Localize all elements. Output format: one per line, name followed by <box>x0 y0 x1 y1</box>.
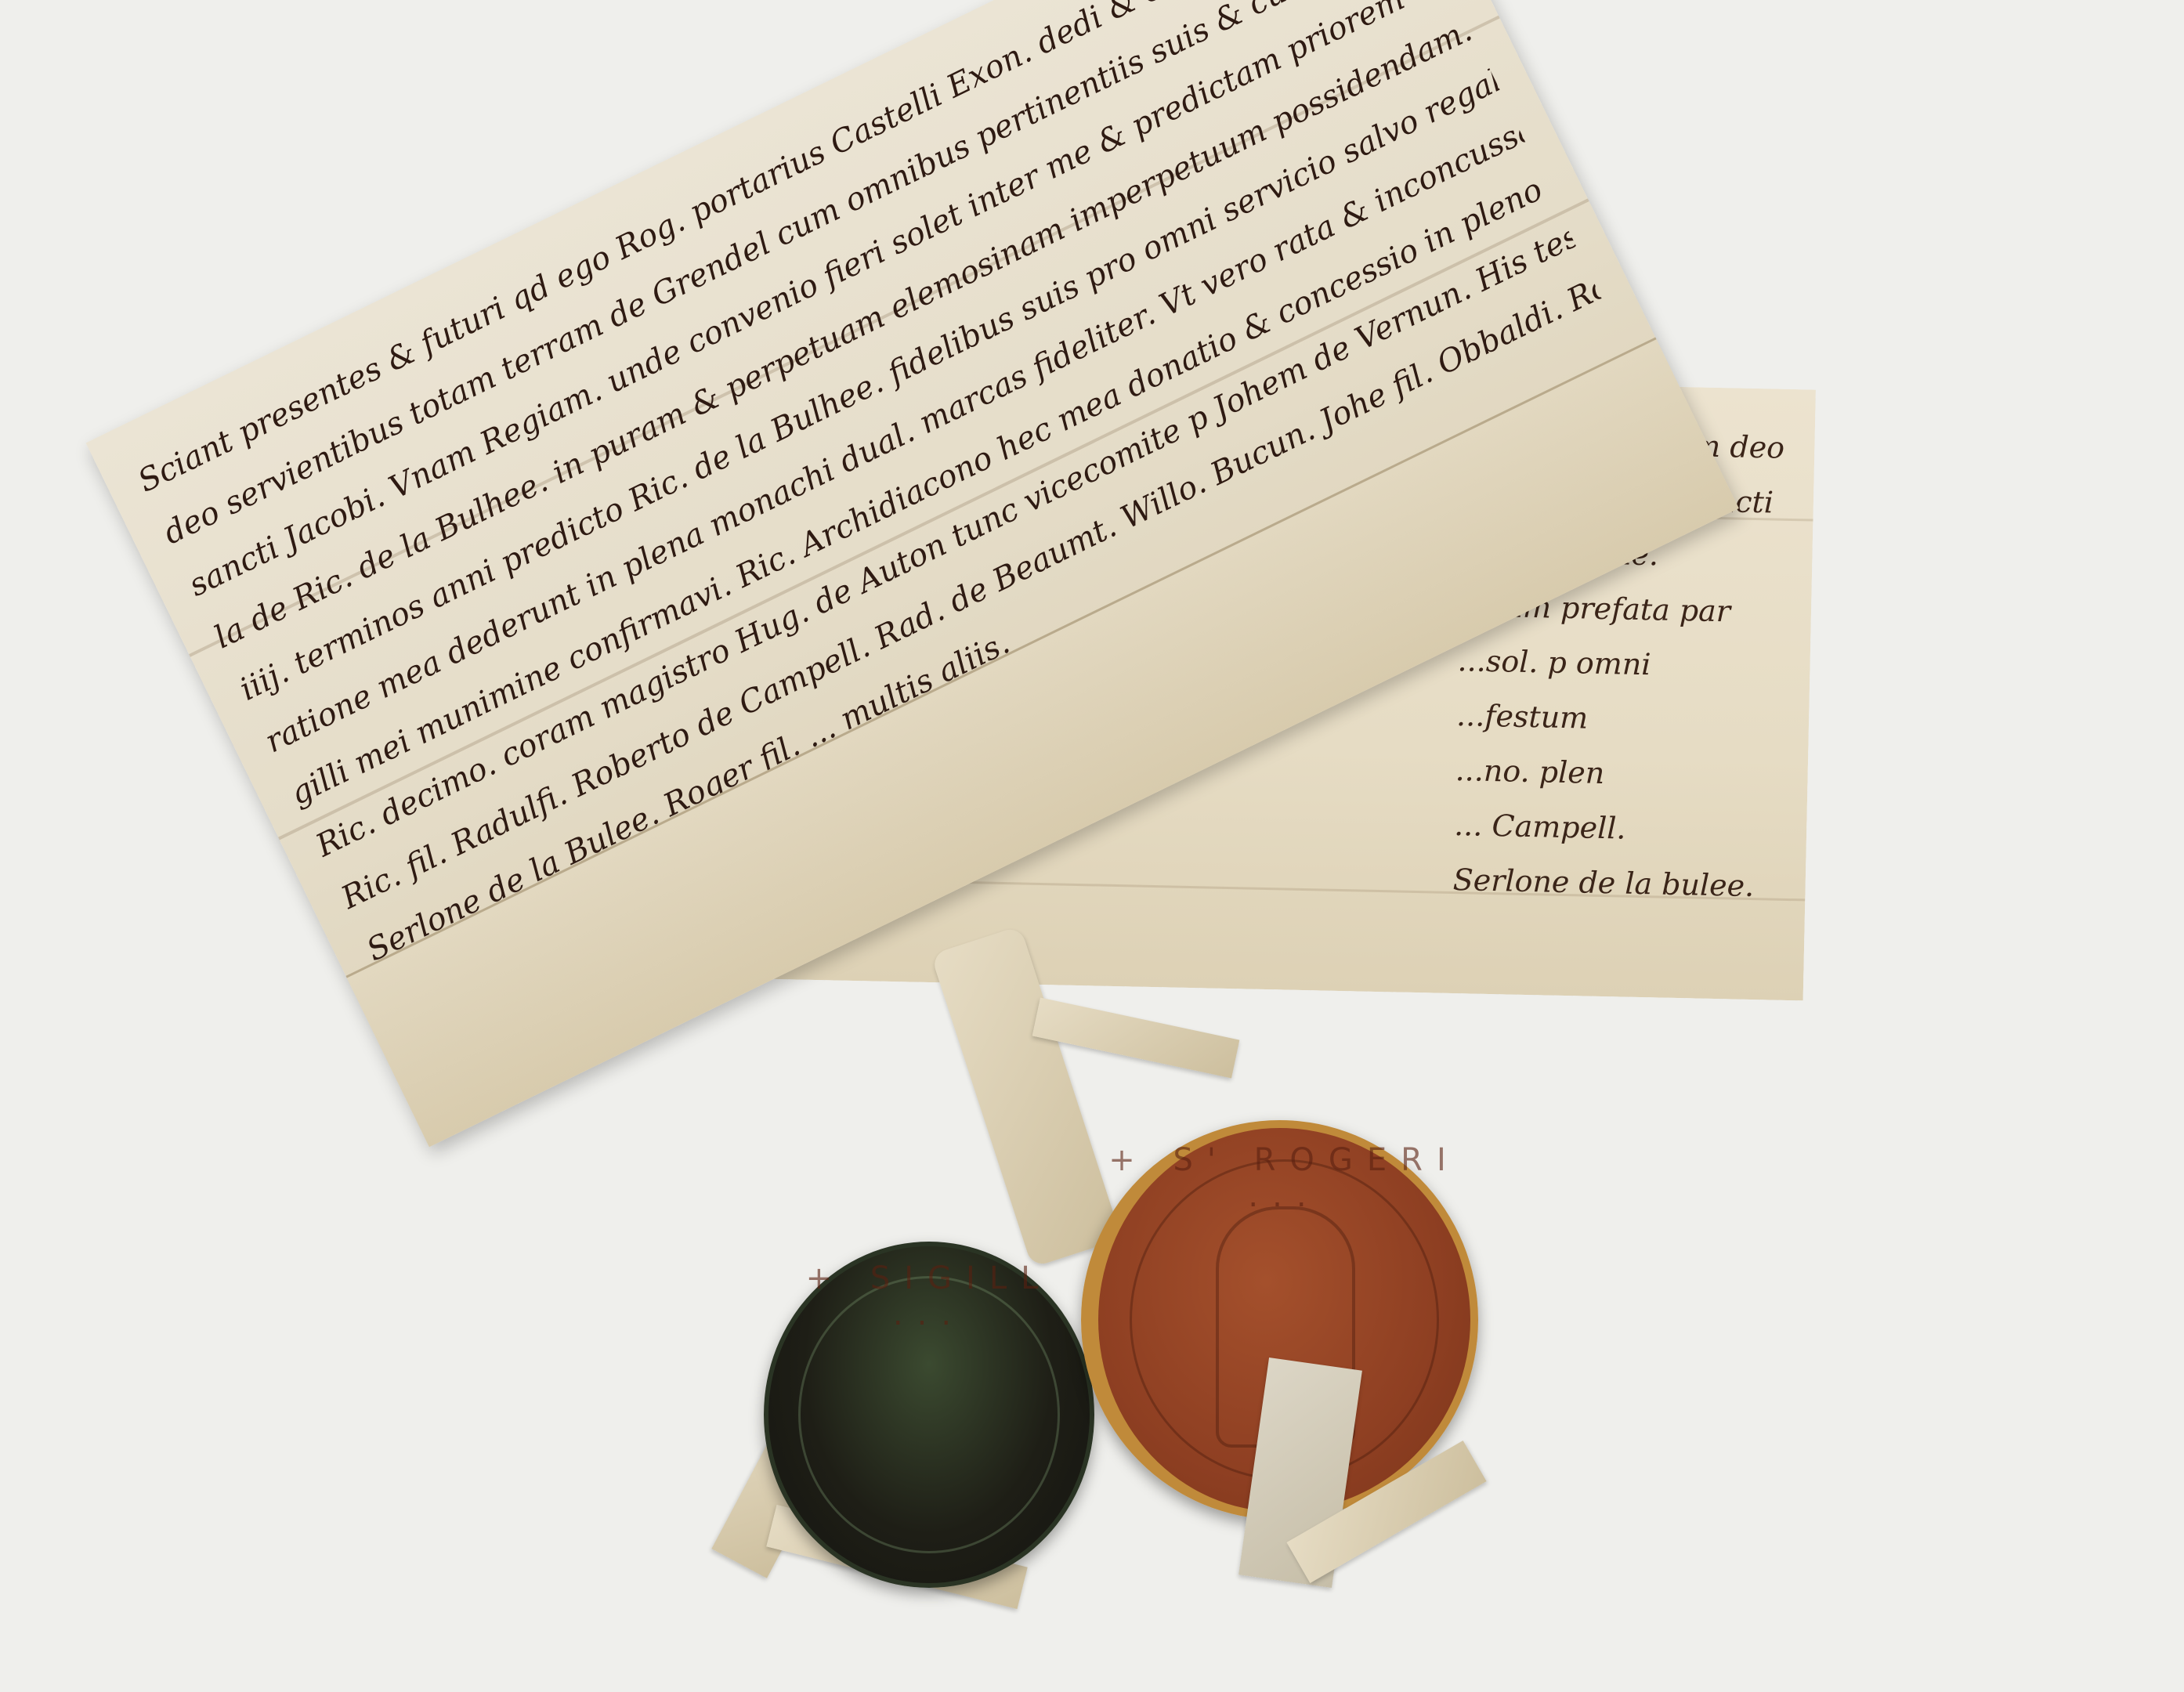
text-line: ...sol. p omni <box>1457 633 1787 695</box>
photo-scene: Sciant presentes & fū Servientibus Jaco… <box>0 0 2184 1692</box>
text-line: ...no. plen <box>1455 743 1784 804</box>
green-wax-seal: + SIGILL ... <box>764 1242 1094 1588</box>
text-line: ...festum <box>1455 688 1785 750</box>
seal-legend: + SIGILL ... <box>768 1260 1090 1332</box>
seal-legend: + S' ROGERI ... <box>1098 1142 1470 1214</box>
text-line: ... Campell. <box>1454 797 1784 859</box>
text-line: Serlone de la bulee. <box>1452 852 1782 914</box>
